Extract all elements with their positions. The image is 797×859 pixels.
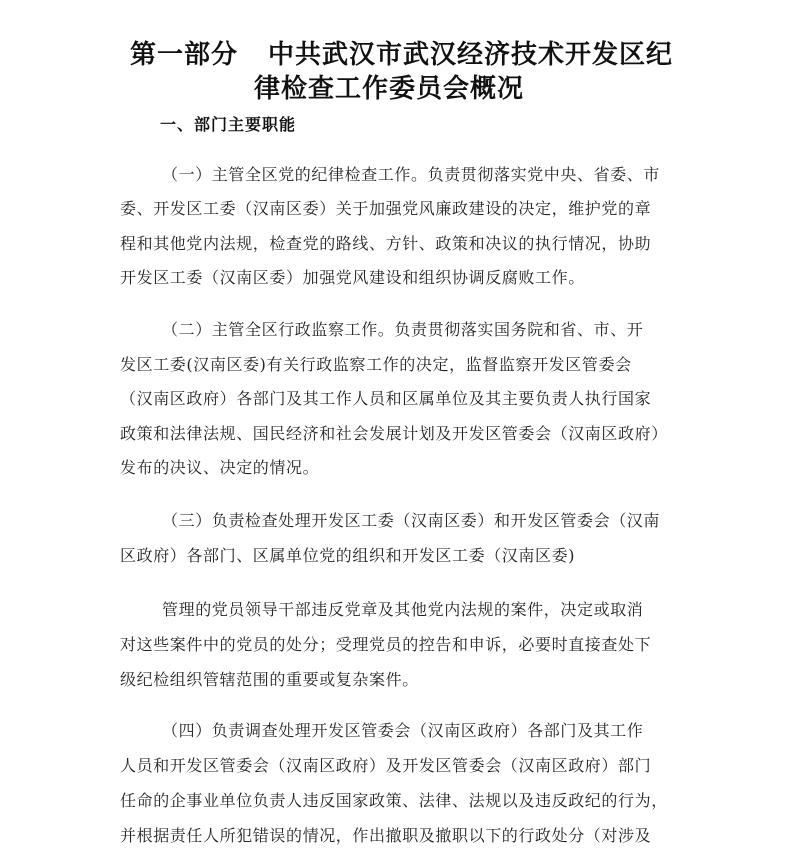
part-label: 第一部分 [130,40,238,70]
paragraph-4-line-1: 管理的党员领导干部违反党章及其他党内法规的案件，决定或取消 [162,600,643,620]
paragraph-4-line-2: 对这些案件中的党员的处分；受理党员的控告和申诉，必要时直接查处下 [120,635,651,655]
paragraph-2-line-2: 发区工委(汉南区委)有关行政监察工作的决定，监督监察开发区管委会 [120,355,632,375]
paragraph-2-line-1: （二）主管全区行政监察工作。负责贯彻落实国务院和省、市、开 [162,320,643,340]
paragraph-1-line-4: 开发区工委（汉南区委）加强党风建设和组织协调反腐败工作。 [120,268,585,288]
paragraph-1-line-2: 委、开发区工委（汉南区委）关于加强党风廉政建设的决定，维护党的章 [120,199,651,219]
document-page: 第一部分中共武汉市武汉经济技术开发区纪 律检查工作委员会概况 一、部门主要职能 … [0,0,797,859]
paragraph-1-line-3: 程和其他党内法规，检查党的路线、方针、政策和决议的执行情况，协助 [120,234,651,254]
paragraph-5-line-3: 任命的企事业单位负责人违反国家政策、法律、法规以及违反政纪的行为， [120,791,668,811]
paragraph-2-line-4: 政策和法律法规、国民经济和社会发展计划及开发区管委会（汉南区政府） [120,424,668,444]
paragraph-2-line-3: （汉南区政府）各部门及其工作人员和区属单位及其主要负责人执行国家 [120,389,651,409]
paragraph-5-line-1: （四）负责调查处理开发区管委会（汉南区政府）各部门及其工作 [162,721,643,741]
paragraph-5-line-4: 并根据责任人所犯错误的情况，作出撤职及撤职以下的行政处分（对涉及 [120,826,651,846]
document-title-line-2: 律检查工作委员会概况 [254,68,524,105]
title-text-1: 中共武汉市武汉经济技术开发区纪 [268,40,673,70]
paragraph-2-line-5: 发布的决议、决定的情况。 [120,458,319,478]
paragraph-3-line-1: （三）负责检查处理开发区工委（汉南区委）和开发区管委会（汉南 [162,511,660,531]
paragraph-4-line-3: 级纪检组织管辖范围的重要或复杂案件。 [120,670,419,690]
paragraph-5-line-2: 人员和开发区管委会（汉南区政府）及开发区管委会（汉南区政府）部门 [120,756,651,776]
section-heading: 一、部门主要职能 [160,112,296,135]
document-title-line-1: 第一部分中共武汉市武汉经济技术开发区纪 [130,34,673,71]
paragraph-1-line-1: （一）主管全区党的纪律检查工作。负责贯彻落实党中央、省委、市 [162,165,660,185]
paragraph-3-line-2: 区政府）各部门、区属单位党的组织和开发区工委（汉南区委) [120,546,575,566]
